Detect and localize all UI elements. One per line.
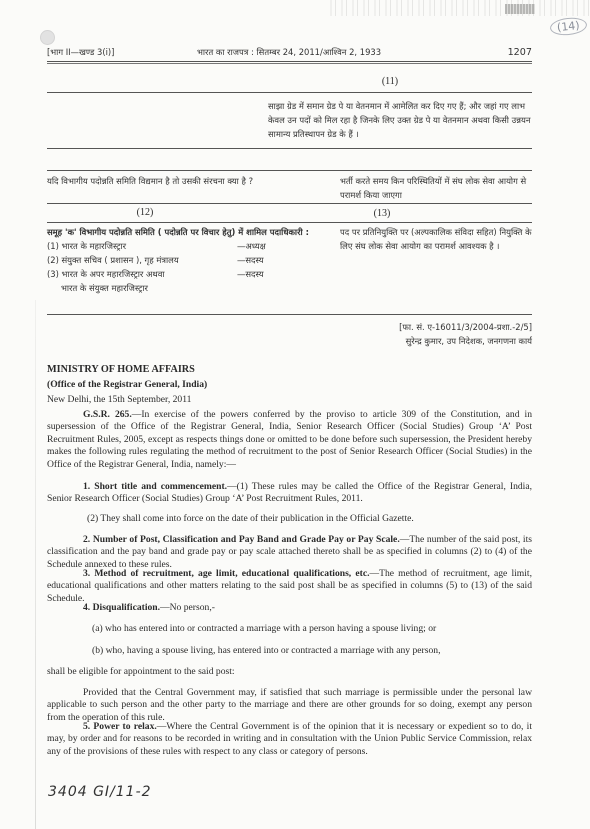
scan-margin-line [35, 300, 36, 829]
rule-2: 2. Number of Post, Classification and Pa… [47, 534, 532, 571]
rule-4: 4. Disqualification.—No person,- [47, 602, 532, 614]
page-stamp: (14) [549, 16, 587, 37]
rule-1-2: (2) They shall come into force on the da… [47, 513, 532, 525]
column-13-content: पद पर प्रतिनियुक्ति पर (अल्पकालिक संविदा… [340, 225, 532, 253]
table-rule [47, 148, 532, 149]
dpc-title: समूह 'क' विभागीय पदोन्नति समिति ( पदोन्न… [47, 225, 317, 239]
column-12-content: समूह 'क' विभागीय पदोन्नति समिति ( पदोन्न… [47, 225, 317, 295]
signatory: सुरेन्द्र कुमार, उप निदेशक, जनगणना कार्य [330, 334, 532, 348]
table-rule [47, 92, 532, 93]
dpc-member: (3) भारत के अपर महारजिस्ट्रार अथवा —सदस्… [47, 267, 317, 281]
column-13-question: भर्ती करते समय किन परिस्थितियों में संघ … [340, 174, 532, 202]
proviso: Provided that the Central Government may… [47, 687, 532, 724]
table-rule [47, 222, 532, 223]
table-rule [47, 170, 532, 171]
ministry-heading: MINISTRY OF HOME AFFAIRS [47, 364, 532, 376]
gazette-part: [भाग II—खण्ड 3(i)] [47, 45, 197, 59]
rule-1: 1. Short title and commencement.—(1) The… [47, 481, 532, 506]
header-rule [47, 61, 532, 64]
table-end-rule [47, 314, 532, 315]
gsr-paragraph: G.S.R. 265.—In exercise of the powers co… [47, 409, 532, 471]
column-11-text: साझा ग्रेड में समान ग्रेड पे या वेतनमान … [268, 99, 532, 141]
handwritten-note: 3404 GI/11-2 [48, 784, 152, 800]
disqualification-a: (a) who has entered into or contracted a… [47, 623, 532, 635]
rule-5: 5. Power to relax.—Where the Central Gov… [47, 721, 532, 758]
dpc-member: (1) भारत के महारजिस्ट्रार —अध्यक्ष [47, 239, 317, 253]
gazette-title: भारत का राजपत्र : सितम्बर 24, 2011/आश्वि… [197, 45, 492, 59]
column-12-question: यदि विभागीय पदोन्नति समिति विद्यमान है त… [47, 174, 317, 188]
dpc-member-continuation: भारत के संयुक्त महारजिस्ट्रार [47, 281, 317, 295]
column-11-header: (11) [360, 76, 420, 87]
scan-artifact-dark [505, 4, 535, 14]
dateline: New Delhi, the 15th September, 2011 [47, 394, 532, 406]
column-13-header: (13) [352, 208, 412, 219]
disqualification-b: (b) who, having a spouse living, has ent… [47, 645, 532, 657]
table-rule [47, 203, 532, 204]
dpc-member: (2) संयुक्त सचिव ( प्रशासन ), गृह मंत्रा… [47, 253, 317, 267]
office-heading: (Office of the Registrar General, India) [47, 379, 532, 391]
column-12-header: (12) [115, 207, 175, 218]
file-number: [फा. सं. ए-16011/3/2004-प्रशा.-2/5] [330, 320, 532, 334]
gsr-label: G.S.R. 265. [83, 409, 132, 420]
disqualification-tail: shall be eligible for appointment to the… [47, 666, 532, 678]
punch-hole [40, 30, 55, 45]
scan-artifact [330, 0, 590, 16]
gazette-header: [भाग II—खण्ड 3(i)] भारत का राजपत्र : सित… [47, 45, 532, 59]
rule-3: 3. Method of recruitment, age limit, edu… [47, 568, 532, 605]
page-number: 1207 [492, 47, 532, 59]
